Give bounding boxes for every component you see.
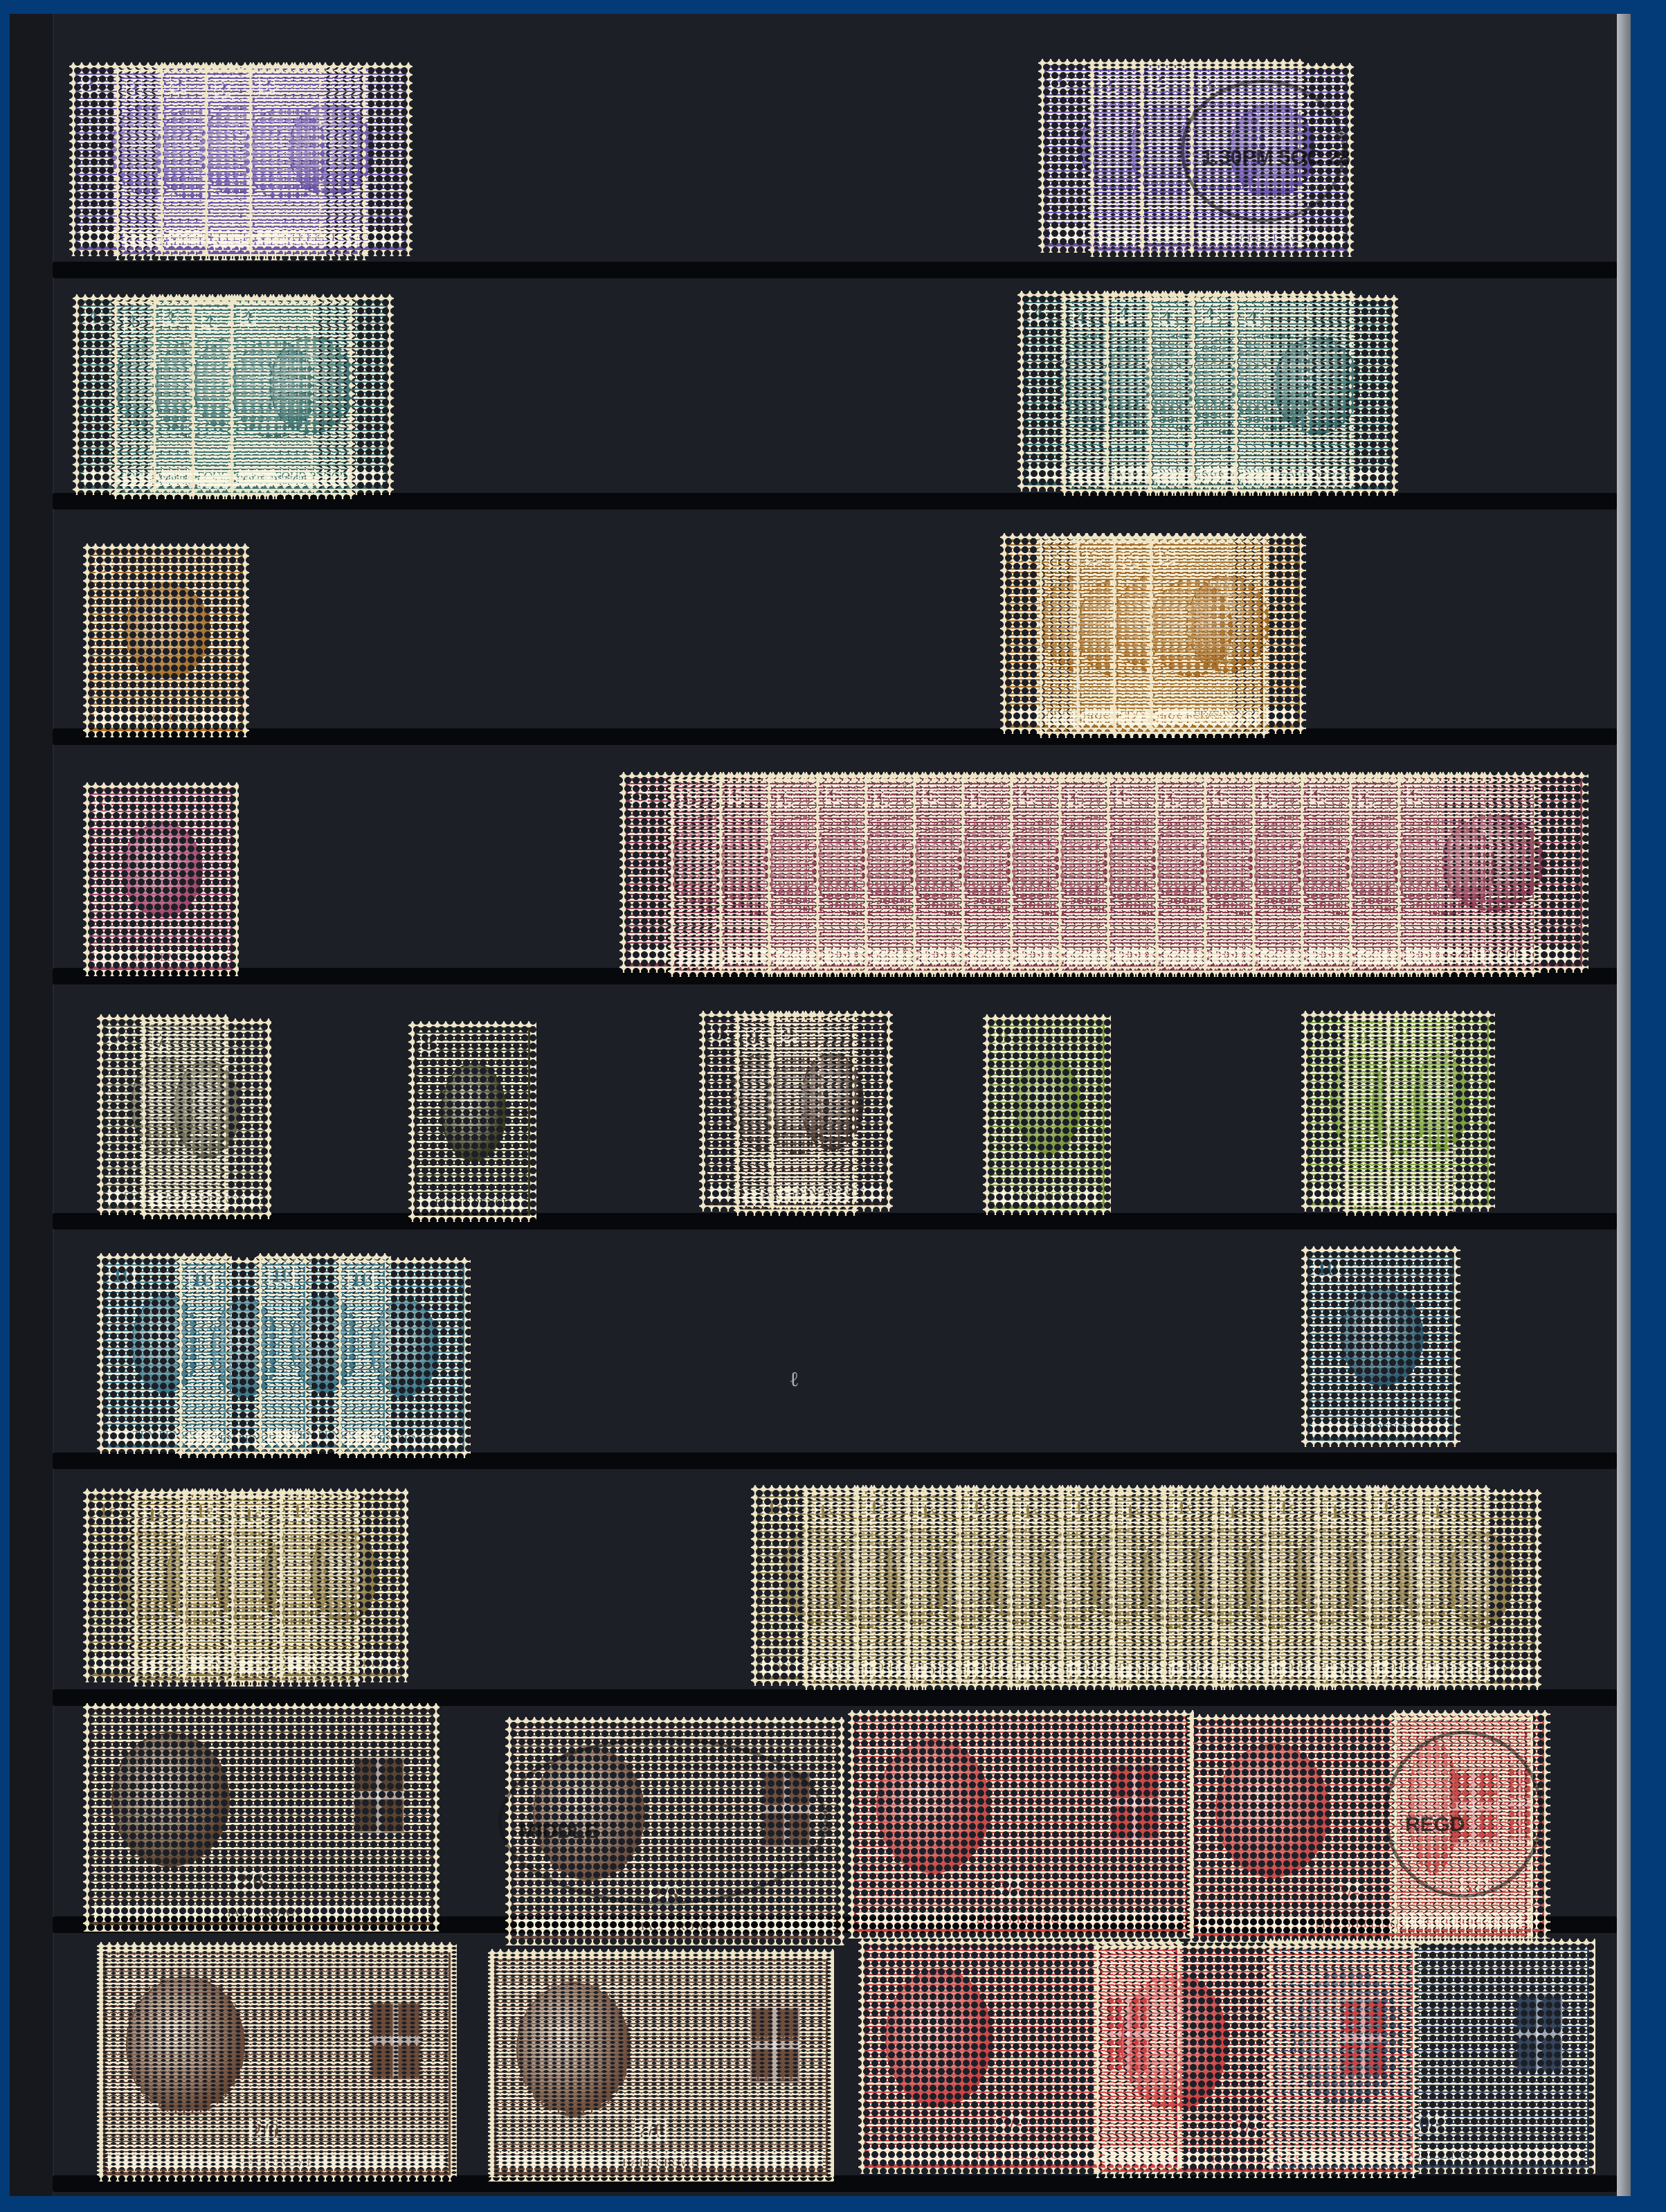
stamp-value: 3 [1051,71,1067,92]
stamp-value: 1s [1020,1502,1044,1522]
stamp-design: 2/6HALF CROWN [494,1959,828,2175]
stamp-value: 2/6 [635,2121,667,2141]
stamp-value: 10 [1314,1259,1340,1279]
stamp-value: 5 [1013,546,1029,566]
stamp-design: 7SEVEN PENCE [146,1025,265,1213]
stamp-value: 3 [1200,75,1216,96]
stamp-value: 9 [995,1027,1011,1047]
stamp-design: 2/6HALF CROWN [89,1709,433,1925]
stamp-value: 1s [968,1498,993,1518]
stamp-1s: 1sONE SHILLING [1417,1489,1541,1690]
stamp-value: 6 [1310,784,1326,805]
stamp-value: 4 [1073,307,1089,328]
stamp-value: 1s [917,1502,941,1522]
stamp-value: 3 [1150,71,1166,92]
stamp-design: 3THREE PENCE [253,69,406,250]
stamp-value: 7 [109,1027,125,1047]
stamp-5d: 5FIVE PENCE [83,543,249,737]
stamp-value: 3 [1101,75,1116,96]
stamp-denomination-label: SIX PENCE [1406,946,1577,962]
pencil-mark: ℓ [789,1367,799,1392]
stamp-value: 6 [874,789,890,809]
stamp-value: 1s [866,1498,890,1518]
stamp-value: 1s [1276,1498,1300,1518]
stamp-design: 4FOUR PENCE [234,300,388,489]
stamp-seahorses-1: 5/-FIVE SHILLINGS [848,1710,1194,1939]
stamp-design: 5/-FIVE SHILLINGS [1100,1949,1413,2172]
stamp-design: 10TEN PENCE [1307,1252,1454,1441]
stamp-denomination-label: THREE PENCE [1199,231,1343,246]
stamp-denomination-label: ONE SHILLING [1428,1664,1530,1679]
stamp-value: 9 [1314,1023,1330,1044]
stamp-value: 6 [680,789,696,809]
stamp-value: 6 [1165,789,1181,809]
stamp-value: 4 [85,307,101,327]
stamp-6d: 6SIX PENCE [83,782,239,976]
stamp-denomination-label: FIVE SHILLINGS [859,1912,1183,1927]
stamp-design: 5/-FIVE SHILLINGS [1193,1720,1527,1936]
stamp-value: 10 [109,1266,136,1286]
stamp-value: 6 [1407,784,1423,805]
stamp-7d-9d: 7SEVEN PENCE [140,1018,271,1219]
stamp-design: 9NINE PENCE [989,1020,1105,1209]
stamp-design: 1sONE SHILLING [283,1495,402,1676]
stamp-design: 5FIVE PENCE [89,550,243,731]
stamp-denomination-label: FOUR PENCE [239,469,383,484]
stamp-denomination-label: HALF CROWN [94,1905,428,1921]
stamp-4d: 4FOUR PENCE [228,294,394,495]
stamp-denomination-label: TEN PENCE [347,1432,460,1447]
stamp-value: 5 [1123,550,1139,570]
stamp-value: 9 [1355,1027,1371,1048]
stamp-value: 4 [1244,307,1260,328]
stamp-value: 6 [632,784,648,805]
stamp-denomination-label: THREE PENCE [257,230,401,245]
stamp-denomination-label: FIVE PENCE [1158,708,1295,723]
stamp-value: 9 [746,1027,762,1048]
stamp-value: 6 [777,789,793,809]
stamp-value: 9 [781,1023,797,1044]
stamp-value: 8 [421,1034,437,1054]
stamp-value: 9 [1397,1023,1413,1044]
stamp-10d: 10TEN PENCE [1301,1246,1460,1447]
stamp-value: 1s [241,1505,265,1526]
stamp-seahorses-2: 5/-FIVE SHILLINGS [1094,1943,1419,2178]
stamp-value: 9 [712,1023,727,1044]
stamp-value: 1s [289,1501,314,1522]
stamp-denomination-label: FOUR PENCE [1243,469,1387,485]
stamp-value: 6 [826,784,842,805]
stamp-value: 1s [815,1502,839,1522]
stamp-3d: 3THREE PENCE [246,62,413,256]
stamp-design: 5/-FIVE SHILLINGS [854,1716,1188,1932]
stamp-design: 5FIVE PENCE [1153,539,1300,728]
stamp-6d: 6SIX PENCE [1395,772,1588,973]
stamp-value: 1s [1173,1498,1197,1518]
stamp-value: 4 [124,311,140,332]
stamp-value: 1s [1071,1498,1095,1518]
stamp-denomination-label: NINE PENCE [994,1189,1100,1204]
stamp-value: 6 [1262,789,1278,809]
stamp-value: 3 [259,75,275,96]
stamp-seahorses-1: 5/-FIVE SHILLINGS [1187,1714,1533,1943]
postmark-text: REGD [1405,1813,1465,1837]
stamp-value: 5/- [996,2113,1024,2134]
stamp-value: 1s [144,1505,168,1526]
stamp-5d: 5FIVE PENCE [1147,533,1306,734]
stamp-value: 5/- [995,1878,1023,1898]
stamp-value: 6 [1116,784,1132,805]
stamp-7d-9d: 9NINE PENCE [983,1014,1111,1215]
stamp-design: 6SIX PENCE [89,789,233,970]
stamp-value: 10 [189,1270,215,1291]
stamp-design: 4FOUR PENCE [1238,301,1392,489]
stamp-value: 5 [96,556,111,577]
stamp-value: 1s [1122,1502,1146,1522]
stamp-10d: 10TEN PENCE [336,1257,471,1458]
stamp-value: 1s [1429,1502,1454,1522]
stamp-value: 1s [96,1501,120,1522]
stamp-value: 3 [215,79,230,100]
stamp-value: 6 [96,795,111,816]
stamp-denomination-label: HALF CROWN [108,2155,446,2170]
stamp-value: 3 [126,79,142,100]
stamp-value: 4 [163,307,179,327]
stamp-value: 2/6 [649,1885,681,1905]
album-strip [53,728,1617,745]
postmark-text: 1.30PM 5OC 28 [1202,146,1350,170]
stamp-seahorses-2: 2/6HALF CROWN [97,1946,457,2182]
stamp-value: 7 [152,1031,168,1052]
stamp-denomination-label: FIVE PENCE [94,711,238,726]
stamp-7d-9d: 8EIGHT PENCE [408,1021,536,1222]
stamp-value: 5 [1049,550,1065,570]
stamp-denomination-label: ONE SHILLING [288,1656,397,1671]
stamp-design: 1sONE SHILLING [1423,1495,1535,1684]
postmark-text: MIDDLE [519,1820,599,1844]
stamp-value: 6 [1359,789,1375,809]
stamp-value: 5 [1086,546,1102,566]
stamp-design: 8EIGHT PENCE [415,1027,530,1216]
stamp-denomination-label: EIGHT PENCE [419,1196,525,1211]
stamp-value: 10 [269,1266,295,1286]
stamp-denomination-label: SEVEN PENCE [151,1193,260,1208]
stamp-denomination-label: NINE PENCE [1395,1185,1484,1201]
stamp-1s: 1sONE SHILLING [277,1489,408,1682]
stamp-value: 4 [1159,307,1175,328]
stamp-value: 1s [1378,1498,1402,1518]
stamp-denomination-label: FIVE SHILLINGS [1105,2152,1408,2167]
page-left-margin [10,14,54,2196]
stamp-value: 4 [1030,303,1046,324]
stamp-denomination-label: NINE PENCE [779,1185,882,1201]
stamp-7d-9d: 9NINE PENCE [1384,1011,1495,1212]
stamp-value: 1s [192,1501,217,1522]
stamp-value: 1s [763,1498,788,1518]
stamp-seahorses-2: 2/6HALF CROWN [488,1953,834,2182]
stamp-value: 5/- [1231,2117,1260,2138]
stamp-denomination-label: HALF CROWN [516,1919,833,1934]
stamp-value: 6 [1020,784,1035,805]
stamp-value: 10 [348,1270,374,1291]
stamp-value: 6 [1068,789,1084,809]
stamp-value: 1s [1327,1502,1351,1522]
page-binding-edge [1617,14,1631,2196]
album-strip [53,262,1617,278]
stamp-value: 6 [923,784,939,805]
stamp-value: 5 [1159,546,1175,566]
stamp-denomination-label: SIX PENCE [94,950,228,965]
stamp-denomination-label: TEN PENCE [1312,1421,1449,1436]
stamp-value: 2/6 [234,1871,266,1891]
stamp-seahorses-1: 2/6HALF CROWN [83,1703,440,1932]
stamp-value: 4 [1202,303,1217,324]
stamp-design: 6SIX PENCE [1401,778,1582,966]
stamp-design: 10TEN PENCE [342,1264,464,1452]
stamp-4d: 4FOUR PENCE [1232,295,1398,496]
stamp-design: 9NINE PENCE [775,1017,887,1205]
stamp-value: 6 [729,784,745,805]
stamp-design: 9NINE PENCE [1391,1017,1489,1205]
stamp-design: 2/6HALF CROWN [103,1952,451,2175]
stamp-value: 4 [240,307,256,327]
stamp-value: 4 [1116,303,1132,324]
stamp-value: 6 [1213,784,1229,805]
stamp-value: 5/- [1334,1882,1362,1903]
stamp-value: 1s [1224,1502,1249,1522]
stamp-denomination-label: HALF CROWN [499,2155,823,2170]
stamp-denomination-label: FIVE SHILLINGS [1198,1916,1522,1932]
stamp-value: 6 [971,789,987,809]
stamp-value: 3 [82,75,98,96]
stamp-value: 4 [201,311,217,332]
stamp-value: 2/6 [249,2121,281,2141]
stamp-value: 3 [170,75,186,96]
stamp-7d-9d: 9NINE PENCE [768,1011,893,1212]
